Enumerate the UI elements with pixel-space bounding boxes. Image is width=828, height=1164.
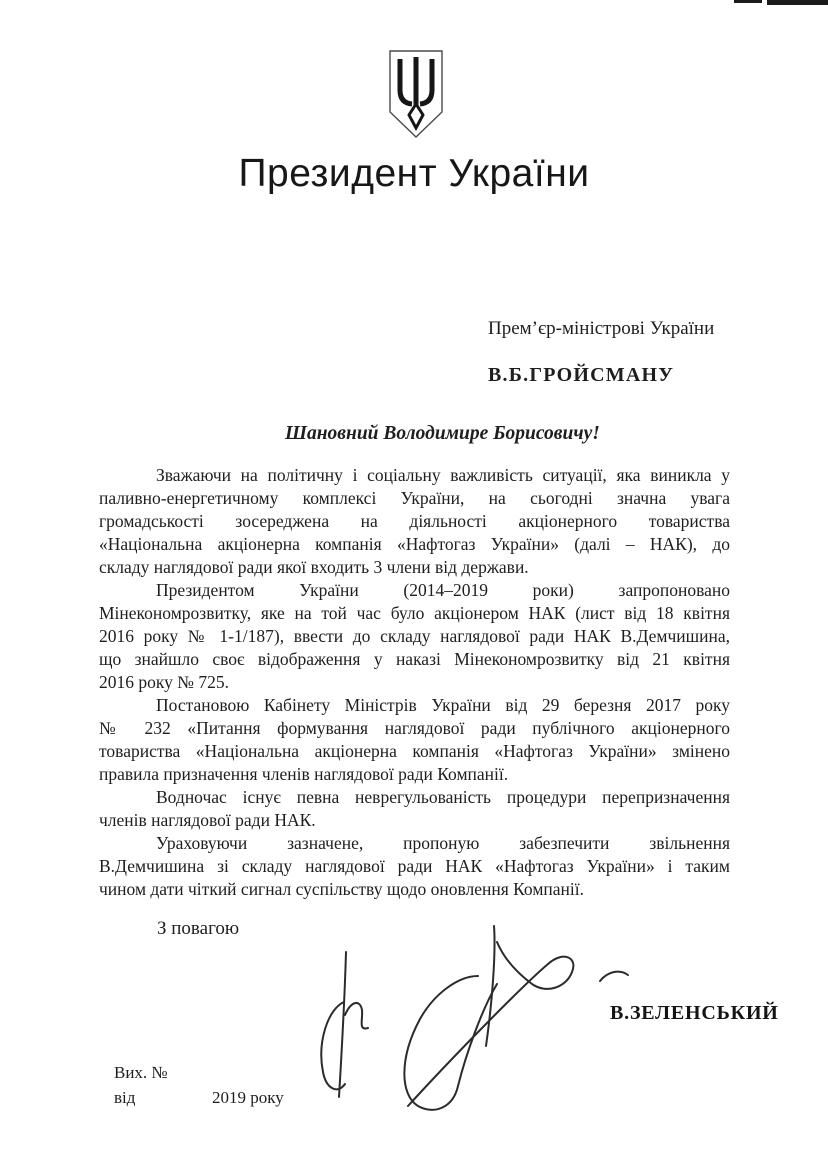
body-line: що знайшло своє відображення у наказі Мі…	[99, 648, 730, 671]
date-year: 2019 року	[212, 1088, 284, 1108]
scan-artifact-mark	[767, 0, 828, 5]
body-line: чином дати чіткий сигнал суспільству щод…	[99, 878, 730, 901]
body-line: Постановою Кабінету Міністрів України ві…	[99, 694, 730, 717]
addressee-block: Прем’єр-міністрові України В.Б.ГРОЙСМАНУ	[488, 318, 714, 386]
letterhead-title: Президент України	[0, 152, 828, 196]
body-paragraph: Постановою Кабінету Міністрів України ві…	[99, 694, 730, 786]
body-line: паливно-енергетичному комплексі України,…	[99, 487, 730, 510]
body-line: В.Демчишина зі складу наглядової ради НА…	[99, 855, 730, 878]
body-paragraph: Водночас існує певна неврегульованість п…	[99, 786, 730, 832]
addressee-position: Прем’єр-міністрові України	[488, 318, 714, 340]
scanned-letter-page: Президент України Прем’єр-міністрові Укр…	[0, 0, 828, 1164]
outgoing-number-label: Вих. №	[114, 1063, 168, 1083]
valediction: З повагою	[157, 918, 239, 940]
body-line: членів наглядової ради НАК.	[99, 809, 730, 832]
body-line: 2016 року № 1-1/187), ввести до складу н…	[99, 625, 730, 648]
body-paragraph: Ураховуючи зазначене, пропоную забезпечи…	[99, 832, 730, 901]
body-line: правила призначення членів наглядової ра…	[99, 763, 730, 786]
body-text: Зважаючи на політичну і соціальну важлив…	[99, 464, 730, 901]
body-line: № 232 «Питання формування наглядової рад…	[99, 717, 730, 740]
date-label: від	[114, 1088, 135, 1108]
body-line: громадськості зосереджена на діяльності …	[99, 510, 730, 533]
ukraine-trident-emblem-icon	[385, 48, 447, 140]
body-line: Мінекономрозвитку, яке на той час було а…	[99, 602, 730, 625]
body-line: Ураховуючи зазначене, пропоную забезпечи…	[99, 832, 730, 855]
body-line: складу наглядової ради якої входить 3 чл…	[99, 556, 730, 579]
body-line: 2016 року № 725.	[99, 671, 730, 694]
signatory-name: В.ЗЕЛЕНСЬКИЙ	[610, 1002, 779, 1025]
handwritten-signature-icon	[295, 912, 640, 1130]
body-line: «Національна акціонерна компанія «Нафтог…	[99, 533, 730, 556]
body-line: товариства «Національна акціонерна компа…	[99, 740, 730, 763]
scan-artifact-mark	[734, 0, 762, 3]
body-paragraph: Президентом України (2014–2019 роки) зап…	[99, 579, 730, 694]
addressee-name: В.Б.ГРОЙСМАНУ	[488, 364, 714, 386]
body-line: Президентом України (2014–2019 роки) зап…	[99, 579, 730, 602]
body-paragraph: Зважаючи на політичну і соціальну важлив…	[99, 464, 730, 579]
body-line: Водночас існує певна неврегульованість п…	[99, 786, 730, 809]
body-line: Зважаючи на політичну і соціальну важлив…	[99, 464, 730, 487]
salutation: Шановний Володимире Борисовичу!	[285, 423, 600, 445]
